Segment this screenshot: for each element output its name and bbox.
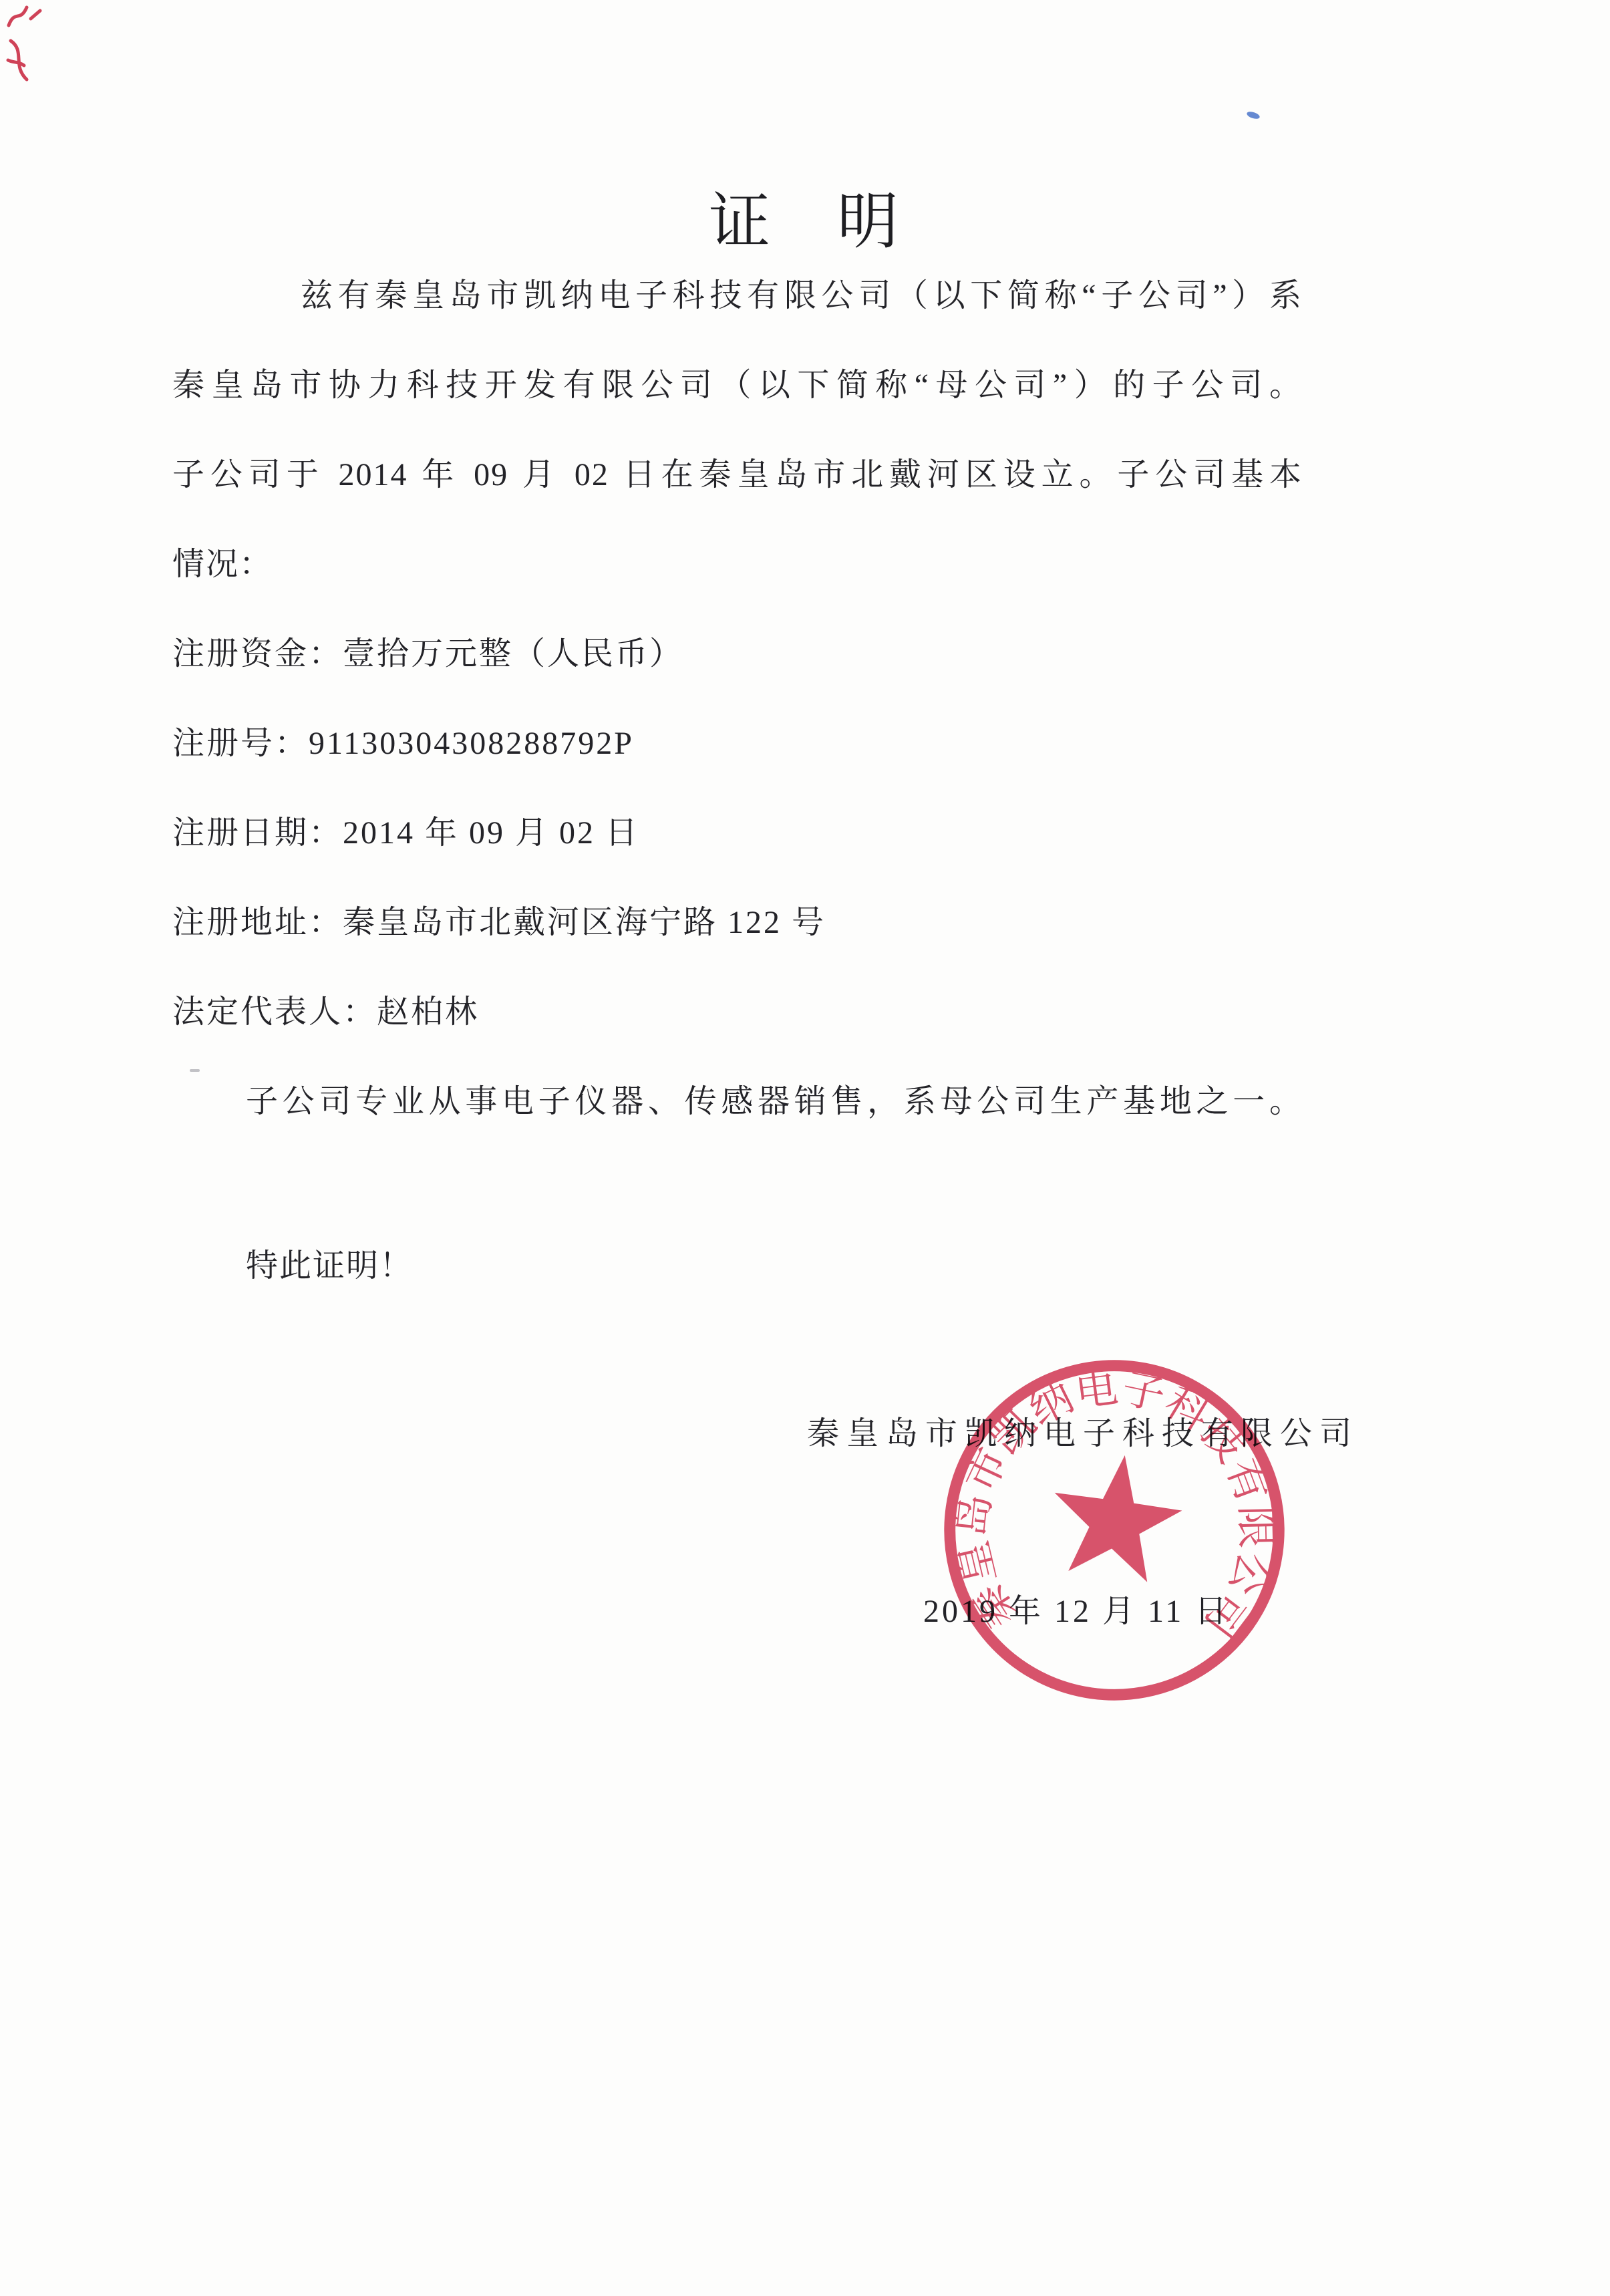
scan-artifact-red-2 [5,37,36,83]
field-value: 91130304308288792P [309,726,634,761]
field-label: 注册日期： [172,815,343,851]
document-body: 兹有秦皇岛市凯纳电子科技有限公司（以下简称“子公司”）系 秦皇岛市协力科技开发有… [172,251,1303,1311]
star-icon [1044,1447,1188,1586]
intro-line-2: 秦皇岛市协力科技开发有限公司（以下简称“母公司”）的子公司。 [172,341,1303,430]
field-registration-date: 注册日期：2014 年 09 月 02 日 [172,788,1303,878]
field-value: 秦皇岛市北戴河区海宁路 122 号 [343,905,826,940]
field-label: 注册地址： [172,905,343,940]
field-registration-number: 注册号：91130304308288792P [172,699,1303,788]
business-scope-line: 子公司专业从事电子仪器、传感器销售，系母公司生产基地之一。 [172,1057,1303,1147]
field-registered-address: 注册地址：秦皇岛市北戴河区海宁路 122 号 [172,878,1303,968]
intro-line-1: 兹有秦皇岛市凯纳电子科技有限公司（以下简称“子公司”）系 [172,251,1303,341]
scan-artifact-blue-speck [1246,110,1261,120]
document-title: 证 明 [0,172,1610,261]
field-label: 注册资金： [172,636,343,672]
scan-artifact-gray-dash [190,1069,200,1072]
vertical-gap [172,1147,1303,1222]
field-value: 壹拾万元整（人民币） [343,636,683,672]
intro-line-3: 子公司于 2014 年 09 月 02 日在秦皇岛市北戴河区设立。子公司基本 [172,430,1303,520]
intro-line-4: 情况： [172,520,1303,609]
field-label: 法定代表人： [172,994,377,1030]
field-legal-representative: 法定代表人：赵柏林 [172,968,1303,1057]
certificate-document-page: 证 明 兹有秦皇岛市凯纳电子科技有限公司（以下简称“子公司”）系 秦皇岛市协力科… [0,0,1610,2296]
company-seal-stamp: 秦皇岛市凯纳电子科技有限公司 [905,1320,1324,1740]
closing-statement: 特此证明！ [172,1222,1303,1311]
field-value: 2014 年 09 月 02 日 [343,815,639,851]
field-value: 赵柏林 [377,994,479,1030]
field-registered-capital: 注册资金：壹拾万元整（人民币） [172,609,1303,699]
scan-artifact-red-1 [7,4,43,29]
field-label: 注册号： [172,726,309,761]
